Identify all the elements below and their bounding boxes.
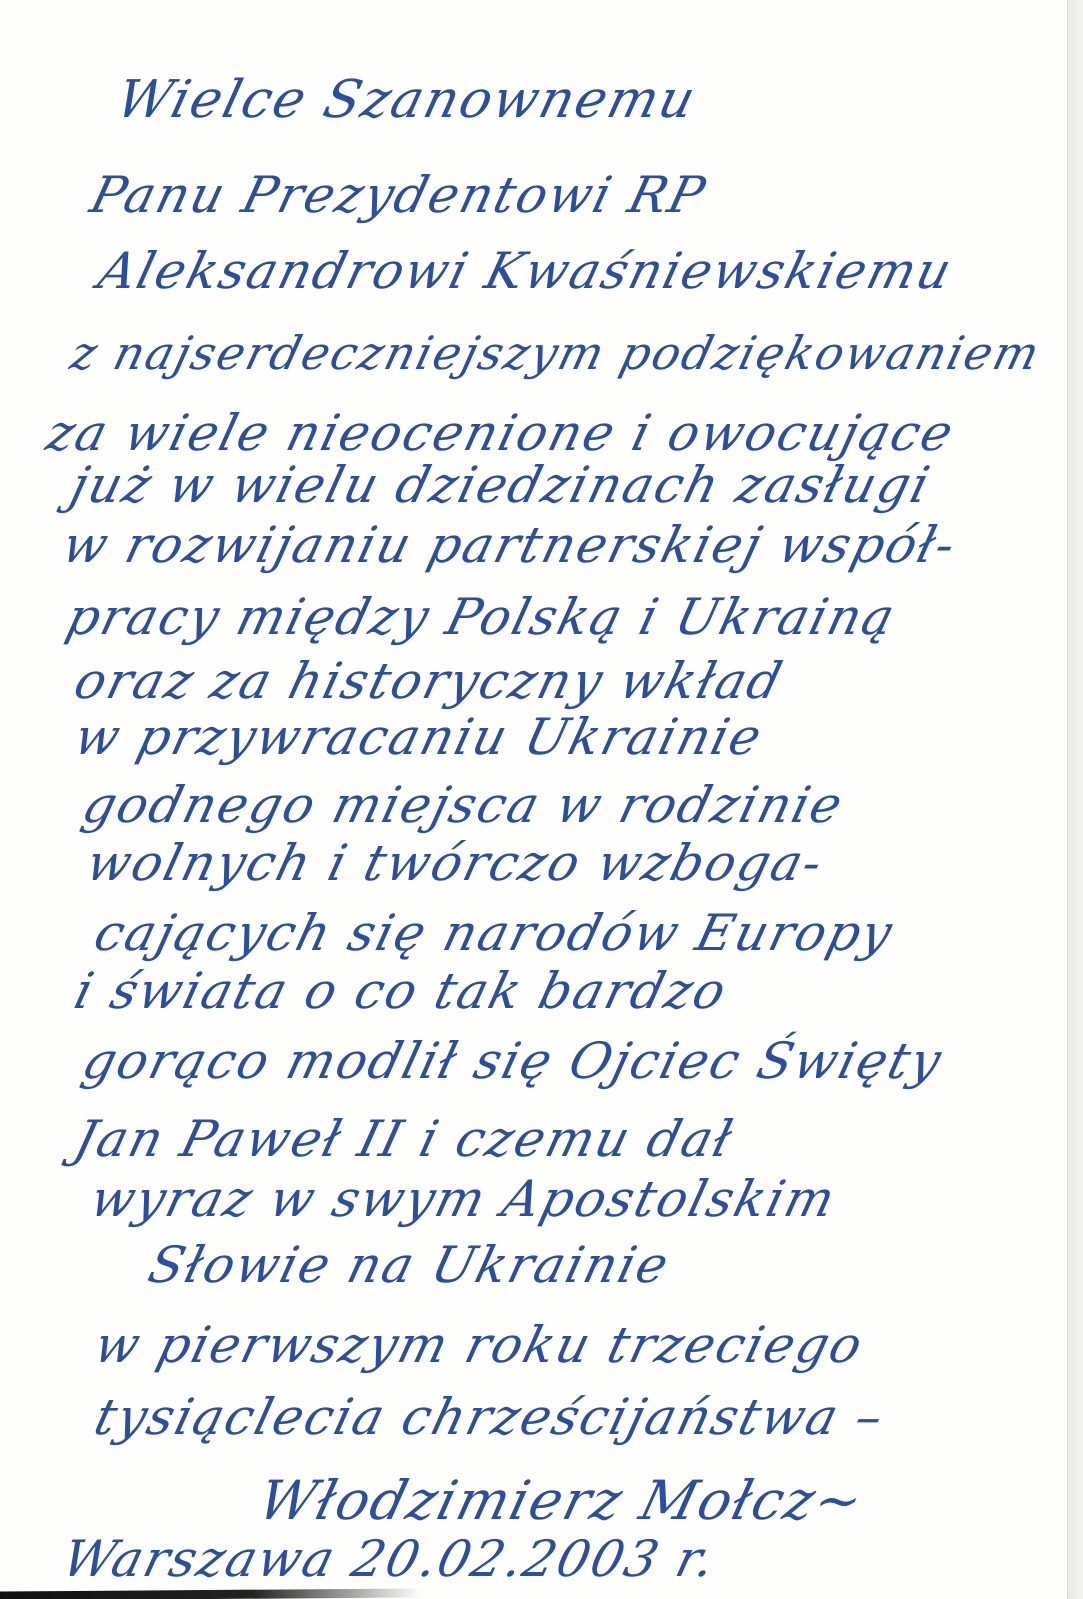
- place-and-date: Warszawa 20.02.2003 r.: [58, 1534, 722, 1584]
- body-line: w przywracaniu Ukrainie: [70, 712, 768, 762]
- body-line: wolnych i twórczo wzboga-: [82, 838, 829, 888]
- body-line: oraz za historyczny wkład: [70, 656, 789, 706]
- body-line: już w wielu dziedzinach zasługi: [66, 460, 936, 510]
- body-line: cających się narodów Europy: [90, 908, 899, 958]
- letter-page: Wielce Szanownemu Panu Prezydentowi RP A…: [0, 0, 1068, 1588]
- body-line: Jan Paweł II i czemu dał: [70, 1114, 739, 1164]
- salutation-line-3: Aleksandrowi Kwaśniewskiemu: [94, 246, 958, 296]
- body-line: za wiele nieocenione i owocujące: [42, 408, 960, 458]
- body-line: i świata o co tak bardzo: [70, 966, 733, 1016]
- body-line: godnego miejsca w rodzinie: [78, 780, 849, 830]
- body-line: wyraz w swym Apostolskim: [86, 1174, 842, 1224]
- scan-shadow: [0, 1589, 420, 1599]
- body-line: gorąco modlił się Ojciec Święty: [78, 1036, 948, 1086]
- body-line: w pierwszym roku trzeciego: [90, 1320, 869, 1370]
- body-line: w rozwijaniu partnerskiej współ-: [58, 520, 962, 570]
- page-edge: [1067, 0, 1083, 1599]
- body-line: z najserdeczniejszym podziękowaniem: [66, 330, 1045, 376]
- salutation-line-2: Panu Prezydentowi RP: [86, 170, 712, 220]
- body-line: Słowie na Ukrainie: [144, 1240, 675, 1290]
- body-line: tysiąclecia chrześcijaństwa –: [90, 1392, 890, 1442]
- body-line: pracy między Polską i Ukrainą: [62, 592, 901, 642]
- signature: Włodzimierz Mołcz~: [253, 1474, 869, 1528]
- salutation-line-1: Wielce Szanownemu: [112, 74, 702, 126]
